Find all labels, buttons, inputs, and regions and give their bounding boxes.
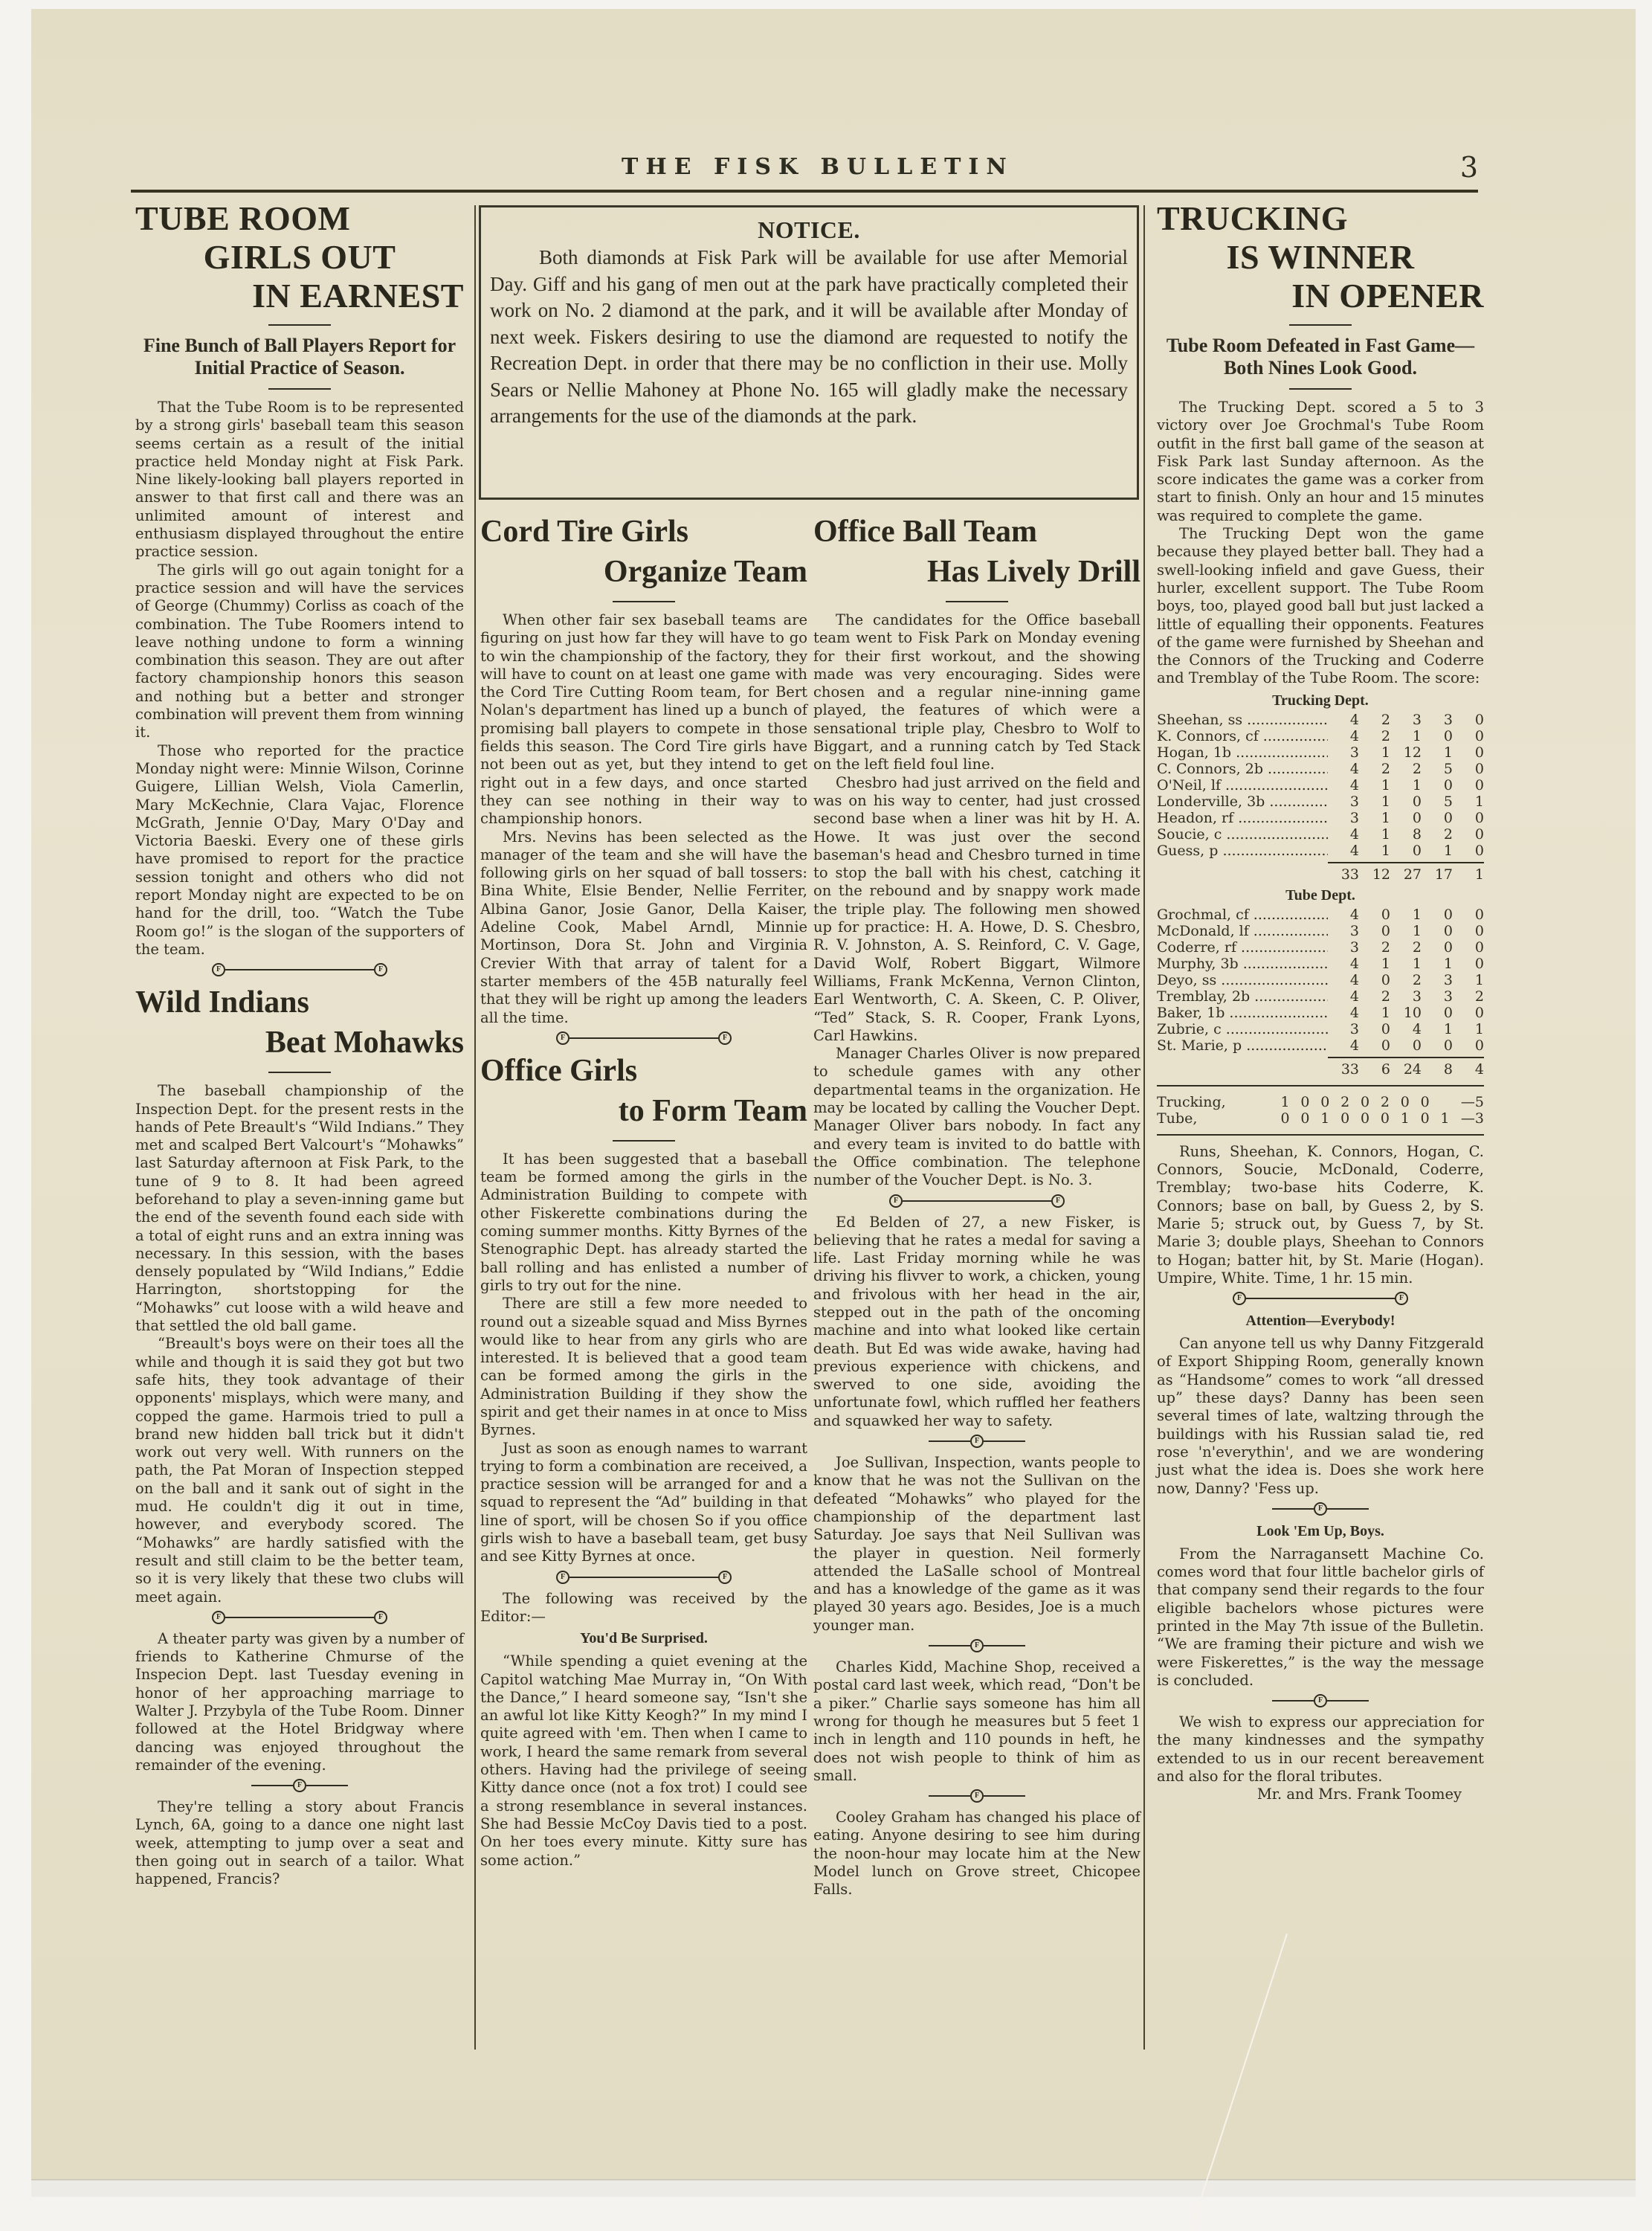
box-score-row: Londerville, 3b31051 bbox=[1157, 793, 1484, 810]
stat-value: 0 bbox=[1359, 1037, 1390, 1054]
stat-value: 0 bbox=[1422, 939, 1453, 956]
paragraph: Mrs. Nevins has been selected as the man… bbox=[480, 828, 807, 1027]
stat-value: 0 bbox=[1422, 728, 1453, 744]
inning-runs: 0 bbox=[1355, 1110, 1375, 1127]
stat-value: 2 bbox=[1390, 939, 1422, 956]
stat-value: 1 bbox=[1359, 843, 1390, 859]
inning-runs: 1 bbox=[1315, 1110, 1335, 1127]
stat-value: 2 bbox=[1359, 712, 1390, 728]
paragraph: The baseball championship of the Inspect… bbox=[135, 1082, 464, 1335]
player-name: Headon, rf bbox=[1157, 810, 1328, 826]
fisk-f-icon: F bbox=[970, 1789, 984, 1803]
player-name: McDonald, lf bbox=[1157, 923, 1328, 939]
stat-value: 2 bbox=[1422, 826, 1453, 843]
player-name: Londerville, 3b bbox=[1157, 793, 1328, 810]
team-name: Trucking, bbox=[1157, 1094, 1275, 1110]
box-score-row: St. Marie, p40000 bbox=[1157, 1037, 1484, 1054]
stat-value: 1 bbox=[1422, 744, 1453, 761]
paragraph: The following was received by the Editor… bbox=[480, 1590, 807, 1626]
stat-value: 0 bbox=[1453, 939, 1484, 956]
fisk-f-icon: F bbox=[1051, 1194, 1065, 1208]
headline-cord-tire: Cord Tire Girls Organize Team bbox=[480, 512, 807, 592]
team-title: Tube Dept. bbox=[1157, 887, 1484, 904]
stat-value: 3 bbox=[1422, 972, 1453, 988]
stat-value: 1 bbox=[1422, 1021, 1453, 1037]
separator: F F bbox=[1157, 1292, 1484, 1305]
headline-tube-room: TUBE ROOM GIRLS OUT IN EARNEST bbox=[135, 199, 464, 315]
stat-value: 4 bbox=[1328, 907, 1359, 923]
final-score: —3 bbox=[1461, 1110, 1484, 1127]
fisk-f-icon: F bbox=[212, 963, 225, 976]
stat-value: 1 bbox=[1422, 843, 1453, 859]
subhead-look-em-up: Look 'Em Up, Boys. bbox=[1157, 1522, 1484, 1541]
stat-value: 1 bbox=[1453, 793, 1484, 810]
player-name: Guess, p bbox=[1157, 843, 1328, 859]
stat-value: 0 bbox=[1453, 923, 1484, 939]
stat-value: 0 bbox=[1453, 826, 1484, 843]
paragraph: Can anyone tell us why Danny Fitzgerald … bbox=[1157, 1335, 1484, 1498]
box-score-row: Guess, p41010 bbox=[1157, 843, 1484, 859]
total-value: 17 bbox=[1422, 862, 1453, 883]
inning-runs: 2 bbox=[1335, 1094, 1355, 1110]
stat-value: 0 bbox=[1453, 1005, 1484, 1021]
paragraph: There are still a few more needed to rou… bbox=[480, 1295, 807, 1439]
stat-value: 1 bbox=[1359, 793, 1390, 810]
paragraph: That the Tube Room is to be represented … bbox=[135, 399, 464, 561]
inning-runs: 0 bbox=[1315, 1094, 1335, 1110]
inning-runs: 0 bbox=[1275, 1110, 1295, 1127]
stat-value: 3 bbox=[1328, 793, 1359, 810]
total-value: 12 bbox=[1359, 862, 1390, 883]
separator: F bbox=[813, 1639, 1140, 1652]
separator: F bbox=[135, 1779, 464, 1792]
fisk-f-icon: F bbox=[1314, 1502, 1327, 1516]
paragraph: The candidates for the Office baseball t… bbox=[813, 611, 1140, 774]
fisk-f-icon: F bbox=[374, 1611, 387, 1624]
box-score-row: Soucie, c41820 bbox=[1157, 826, 1484, 843]
stat-value: 0 bbox=[1422, 777, 1453, 793]
paragraph: Chesbro had just arrived on the field an… bbox=[813, 774, 1140, 1045]
player-name: Hogan, 1b bbox=[1157, 744, 1328, 761]
fisk-f-icon: F bbox=[1395, 1292, 1408, 1305]
paragraph: Manager Charles Oliver is now prepared t… bbox=[813, 1045, 1140, 1189]
box-score-row: Sheehan, ss42330 bbox=[1157, 712, 1484, 728]
box-score-row: Zubrie, c30411 bbox=[1157, 1021, 1484, 1037]
fisk-f-icon: F bbox=[889, 1194, 903, 1208]
player-name: Sheehan, ss bbox=[1157, 712, 1328, 728]
subhead-attention: Attention—Everybody! bbox=[1157, 1311, 1484, 1330]
separator: F bbox=[813, 1435, 1140, 1448]
box-score-row: Deyo, ss40231 bbox=[1157, 972, 1484, 988]
stat-value: 0 bbox=[1453, 761, 1484, 777]
stat-value: 1 bbox=[1390, 777, 1422, 793]
line-score: Trucking,10020200—5Tube,001000101—3 bbox=[1157, 1094, 1484, 1127]
total-value: 33 bbox=[1328, 862, 1359, 883]
tube-players: Grochmal, cf40100McDonald, lf30100Coderr… bbox=[1157, 907, 1484, 1054]
inning-runs bbox=[1435, 1094, 1455, 1110]
stat-value: 2 bbox=[1359, 988, 1390, 1005]
stat-value: 3 bbox=[1390, 988, 1422, 1005]
paragraph: The Trucking Dept won the game because t… bbox=[1157, 525, 1484, 688]
paragraph: Runs, Sheehan, K. Connors, Hogan, C. Con… bbox=[1157, 1143, 1484, 1287]
fisk-f-icon: F bbox=[212, 1611, 225, 1624]
separator: F F bbox=[135, 1611, 464, 1624]
publication-title: THE FISK BULLETIN bbox=[622, 154, 1014, 180]
fisk-f-icon: F bbox=[718, 1031, 732, 1045]
stat-value: 1 bbox=[1359, 1005, 1390, 1021]
line-score-row: Trucking,10020200—5 bbox=[1157, 1094, 1484, 1110]
paragraph: The girls will go out again tonight for … bbox=[135, 561, 464, 742]
player-name: St. Marie, p bbox=[1157, 1037, 1328, 1054]
stat-value: 0 bbox=[1390, 810, 1422, 826]
box-score-row: Baker, 1b411000 bbox=[1157, 1005, 1484, 1021]
stat-value: 1 bbox=[1453, 1021, 1484, 1037]
headline-office-girls: Office Girls to Form Team bbox=[480, 1051, 807, 1131]
paragraph: Cooley Graham has changed his place of e… bbox=[813, 1809, 1140, 1899]
rule bbox=[268, 324, 331, 326]
player-name: O'Neil, lf bbox=[1157, 777, 1328, 793]
stat-value: 0 bbox=[1422, 923, 1453, 939]
stat-value: 3 bbox=[1328, 923, 1359, 939]
inning-runs: 0 bbox=[1395, 1094, 1415, 1110]
deck-tube-room: Fine Bunch of Ball Players Report for In… bbox=[135, 335, 464, 379]
player-name: K. Connors, cf bbox=[1157, 728, 1328, 744]
stat-value: 0 bbox=[1422, 1037, 1453, 1054]
stat-value: 4 bbox=[1328, 956, 1359, 972]
final-score: —5 bbox=[1461, 1094, 1484, 1110]
rule bbox=[946, 601, 1008, 602]
stat-value: 0 bbox=[1453, 956, 1484, 972]
stat-value: 4 bbox=[1328, 826, 1359, 843]
total-value: 6 bbox=[1359, 1057, 1390, 1078]
total-value: 33 bbox=[1328, 1057, 1359, 1078]
stat-value: 4 bbox=[1328, 972, 1359, 988]
fisk-f-icon: F bbox=[556, 1571, 570, 1584]
player-name: Grochmal, cf bbox=[1157, 907, 1328, 923]
fisk-f-icon: F bbox=[970, 1639, 984, 1652]
paragraph: Those who reported for the practice Mond… bbox=[135, 742, 464, 959]
fisk-f-icon: F bbox=[718, 1571, 732, 1584]
team-title: Trucking Dept. bbox=[1157, 692, 1484, 709]
stat-value: 1 bbox=[1390, 956, 1422, 972]
subhead-youd-be-surprised: You'd Be Surprised. bbox=[480, 1629, 807, 1648]
total-value: 27 bbox=[1390, 862, 1422, 883]
team-totals: 3362484 bbox=[1157, 1057, 1484, 1078]
stat-value: 10 bbox=[1390, 1005, 1422, 1021]
separator: F bbox=[1157, 1502, 1484, 1516]
stat-value: 2 bbox=[1359, 939, 1390, 956]
paragraph: Just as soon as enough names to warrant … bbox=[480, 1440, 807, 1566]
box-score-row: McDonald, lf30100 bbox=[1157, 923, 1484, 939]
stat-value: 4 bbox=[1390, 1021, 1422, 1037]
stat-value: 4 bbox=[1328, 728, 1359, 744]
box-score-row: Grochmal, cf40100 bbox=[1157, 907, 1484, 923]
stat-value: 5 bbox=[1422, 793, 1453, 810]
stat-value: 5 bbox=[1422, 761, 1453, 777]
total-value: 24 bbox=[1390, 1057, 1422, 1078]
rule bbox=[1289, 388, 1352, 390]
separator: F bbox=[1157, 1694, 1484, 1707]
stat-value: 0 bbox=[1453, 1037, 1484, 1054]
rule bbox=[268, 1072, 331, 1073]
stat-value: 0 bbox=[1359, 972, 1390, 988]
separator: F F bbox=[135, 963, 464, 976]
deck-trucking: Tube Room Defeated in Fast Game—Both Nin… bbox=[1157, 335, 1484, 379]
box-score-row: Coderre, rf32200 bbox=[1157, 939, 1484, 956]
stat-value: 0 bbox=[1422, 907, 1453, 923]
stat-value: 2 bbox=[1390, 761, 1422, 777]
stat-value: 4 bbox=[1328, 712, 1359, 728]
paragraph: Ed Belden of 27, a new Fisker, is believ… bbox=[813, 1214, 1140, 1431]
stat-value: 1 bbox=[1422, 956, 1453, 972]
fisk-f-icon: F bbox=[556, 1031, 570, 1045]
paragraph: When other fair sex baseball teams are f… bbox=[480, 611, 807, 828]
inning-runs: 0 bbox=[1415, 1110, 1435, 1127]
inning-runs: 0 bbox=[1295, 1094, 1315, 1110]
box-score-row: C. Connors, 2b42250 bbox=[1157, 761, 1484, 777]
masthead: THE FISK BULLETIN 3 bbox=[131, 152, 1478, 197]
stat-value: 8 bbox=[1390, 826, 1422, 843]
player-name: Baker, 1b bbox=[1157, 1005, 1328, 1021]
stat-value: 3 bbox=[1422, 988, 1453, 1005]
stat-value: 4 bbox=[1328, 988, 1359, 1005]
inning-runs: 2 bbox=[1375, 1094, 1395, 1110]
inning-runs: 1 bbox=[1395, 1110, 1415, 1127]
separator: F bbox=[813, 1789, 1140, 1803]
player-name: C. Connors, 2b bbox=[1157, 761, 1328, 777]
fisk-f-icon: F bbox=[1314, 1694, 1327, 1707]
stat-value: 1 bbox=[1390, 907, 1422, 923]
stat-value: 1 bbox=[1359, 956, 1390, 972]
team-name: Tube, bbox=[1157, 1110, 1275, 1127]
box-score-row: Hogan, 1b311210 bbox=[1157, 744, 1484, 761]
player-name: Zubrie, c bbox=[1157, 1021, 1328, 1037]
stat-value: 4 bbox=[1328, 1005, 1359, 1021]
player-name: Soucie, c bbox=[1157, 826, 1328, 843]
stat-value: 2 bbox=[1359, 728, 1390, 744]
stat-value: 2 bbox=[1390, 972, 1422, 988]
line-score-row: Tube,001000101—3 bbox=[1157, 1110, 1484, 1127]
stat-value: 4 bbox=[1328, 761, 1359, 777]
headline-trucking: TRUCKING IS WINNER IN OPENER bbox=[1157, 199, 1484, 315]
rule bbox=[1157, 1134, 1484, 1136]
fisk-f-icon: F bbox=[1233, 1292, 1246, 1305]
column-4: TRUCKING IS WINNER IN OPENER Tube Room D… bbox=[1157, 199, 1484, 1804]
paragraph: From the Narragansett Machine Co. comes … bbox=[1157, 1545, 1484, 1690]
rule bbox=[268, 388, 331, 390]
stat-value: 0 bbox=[1453, 712, 1484, 728]
paragraph: Joe Sullivan, Inspection, wants people t… bbox=[813, 1454, 1140, 1635]
inning-runs: 0 bbox=[1355, 1094, 1375, 1110]
inning-runs: 0 bbox=[1415, 1094, 1435, 1110]
total-value: 4 bbox=[1453, 1057, 1484, 1078]
masthead-rule bbox=[131, 190, 1478, 193]
stat-value: 0 bbox=[1453, 843, 1484, 859]
stat-value: 4 bbox=[1328, 1037, 1359, 1054]
stat-value: 0 bbox=[1359, 923, 1390, 939]
stat-value: 1 bbox=[1453, 972, 1484, 988]
stat-value: 12 bbox=[1390, 744, 1422, 761]
stat-value: 1 bbox=[1359, 777, 1390, 793]
rule bbox=[613, 1140, 675, 1142]
protective-sleeve-edge bbox=[31, 2179, 1636, 2197]
notice-box: NOTICE. Both diamonds at Fisk Park will … bbox=[479, 205, 1139, 500]
stat-value: 0 bbox=[1422, 810, 1453, 826]
rule bbox=[1157, 1085, 1484, 1086]
headline-wild-indians: Wild Indians Beat Mohawks bbox=[135, 982, 464, 1063]
notice-body: Both diamonds at Fisk Park will be avail… bbox=[490, 245, 1128, 430]
column-divider bbox=[474, 205, 476, 2050]
total-value: 1 bbox=[1453, 862, 1484, 883]
stat-value: 4 bbox=[1328, 777, 1359, 793]
notice-title: NOTICE. bbox=[490, 215, 1128, 245]
stat-value: 0 bbox=[1390, 843, 1422, 859]
fisk-f-icon: F bbox=[293, 1779, 306, 1792]
player-name: Deyo, ss bbox=[1157, 972, 1328, 988]
stat-value: 0 bbox=[1359, 1021, 1390, 1037]
stat-value: 1 bbox=[1359, 826, 1390, 843]
stat-value: 0 bbox=[1453, 810, 1484, 826]
player-name: Murphy, 3b bbox=[1157, 956, 1328, 972]
paragraph: It has been suggested that a baseball te… bbox=[480, 1150, 807, 1295]
inning-runs: 1 bbox=[1275, 1094, 1295, 1110]
inning-runs: 0 bbox=[1335, 1110, 1355, 1127]
stat-value: 1 bbox=[1390, 728, 1422, 744]
headline-office-ball-team: Office Ball Team Has Lively Drill bbox=[813, 512, 1140, 592]
trucking-players: Sheehan, ss42330K. Connors, cf42100Hogan… bbox=[1157, 712, 1484, 859]
inning-runs: 0 bbox=[1295, 1110, 1315, 1127]
fisk-f-icon: F bbox=[374, 963, 387, 976]
rule bbox=[613, 601, 675, 602]
paragraph: “Breault's boys were on their toes all t… bbox=[135, 1335, 464, 1606]
stat-value: 1 bbox=[1359, 744, 1390, 761]
stat-value: 0 bbox=[1453, 728, 1484, 744]
paragraph: We wish to express our appreciation for … bbox=[1157, 1713, 1484, 1786]
player-name: Coderre, rf bbox=[1157, 939, 1328, 956]
inning-runs: 1 bbox=[1435, 1110, 1455, 1127]
column-1: TUBE ROOM GIRLS OUT IN EARNEST Fine Bunc… bbox=[135, 199, 464, 1889]
paragraph: A theater party was given by a number of… bbox=[135, 1630, 464, 1774]
signature: Mr. and Mrs. Frank Toomey bbox=[1157, 1786, 1484, 1803]
box-score-row: Headon, rf31000 bbox=[1157, 810, 1484, 826]
stat-value: 3 bbox=[1390, 712, 1422, 728]
rule bbox=[1289, 324, 1352, 326]
page-number: 3 bbox=[1460, 151, 1478, 184]
stat-value: 3 bbox=[1328, 939, 1359, 956]
box-score-row: Murphy, 3b41110 bbox=[1157, 956, 1484, 972]
stat-value: 3 bbox=[1328, 744, 1359, 761]
stat-value: 0 bbox=[1390, 793, 1422, 810]
stat-value: 3 bbox=[1328, 1021, 1359, 1037]
stat-value: 0 bbox=[1390, 1037, 1422, 1054]
separator: F F bbox=[480, 1571, 807, 1584]
box-score-row: O'Neil, lf41100 bbox=[1157, 777, 1484, 793]
paragraph: Charles Kidd, Machine Shop, received a p… bbox=[813, 1658, 1140, 1785]
paragraph: The Trucking Dept. scored a 5 to 3 victo… bbox=[1157, 399, 1484, 525]
stat-value: 0 bbox=[1359, 907, 1390, 923]
column-2: Cord Tire Girls Organize Team When other… bbox=[480, 512, 807, 1870]
stat-value: 2 bbox=[1359, 761, 1390, 777]
column-3: Office Ball Team Has Lively Drill The ca… bbox=[813, 512, 1140, 1899]
stat-value: 1 bbox=[1390, 923, 1422, 939]
stat-value: 2 bbox=[1453, 988, 1484, 1005]
stat-value: 4 bbox=[1328, 843, 1359, 859]
paragraph: They're telling a story about Francis Ly… bbox=[135, 1798, 464, 1888]
stat-value: 1 bbox=[1359, 810, 1390, 826]
box-score-row: K. Connors, cf42100 bbox=[1157, 728, 1484, 744]
stat-value: 0 bbox=[1453, 777, 1484, 793]
total-value: 8 bbox=[1422, 1057, 1453, 1078]
column-divider bbox=[1143, 205, 1145, 2050]
separator: F F bbox=[480, 1031, 807, 1045]
stat-value: 3 bbox=[1422, 712, 1453, 728]
stat-value: 0 bbox=[1453, 744, 1484, 761]
box-score: Trucking Dept. Sheehan, ss42330K. Connor… bbox=[1157, 692, 1484, 1136]
team-totals: 331227171 bbox=[1157, 862, 1484, 883]
paragraph: “While spending a quiet evening at the C… bbox=[480, 1652, 807, 1870]
stat-value: 0 bbox=[1453, 907, 1484, 923]
stat-value: 3 bbox=[1328, 810, 1359, 826]
stat-value: 0 bbox=[1422, 1005, 1453, 1021]
player-name: Tremblay, 2b bbox=[1157, 988, 1328, 1005]
fisk-f-icon: F bbox=[970, 1435, 984, 1448]
box-score-row: Tremblay, 2b42332 bbox=[1157, 988, 1484, 1005]
separator: F F bbox=[813, 1194, 1140, 1208]
inning-runs: 0 bbox=[1375, 1110, 1395, 1127]
